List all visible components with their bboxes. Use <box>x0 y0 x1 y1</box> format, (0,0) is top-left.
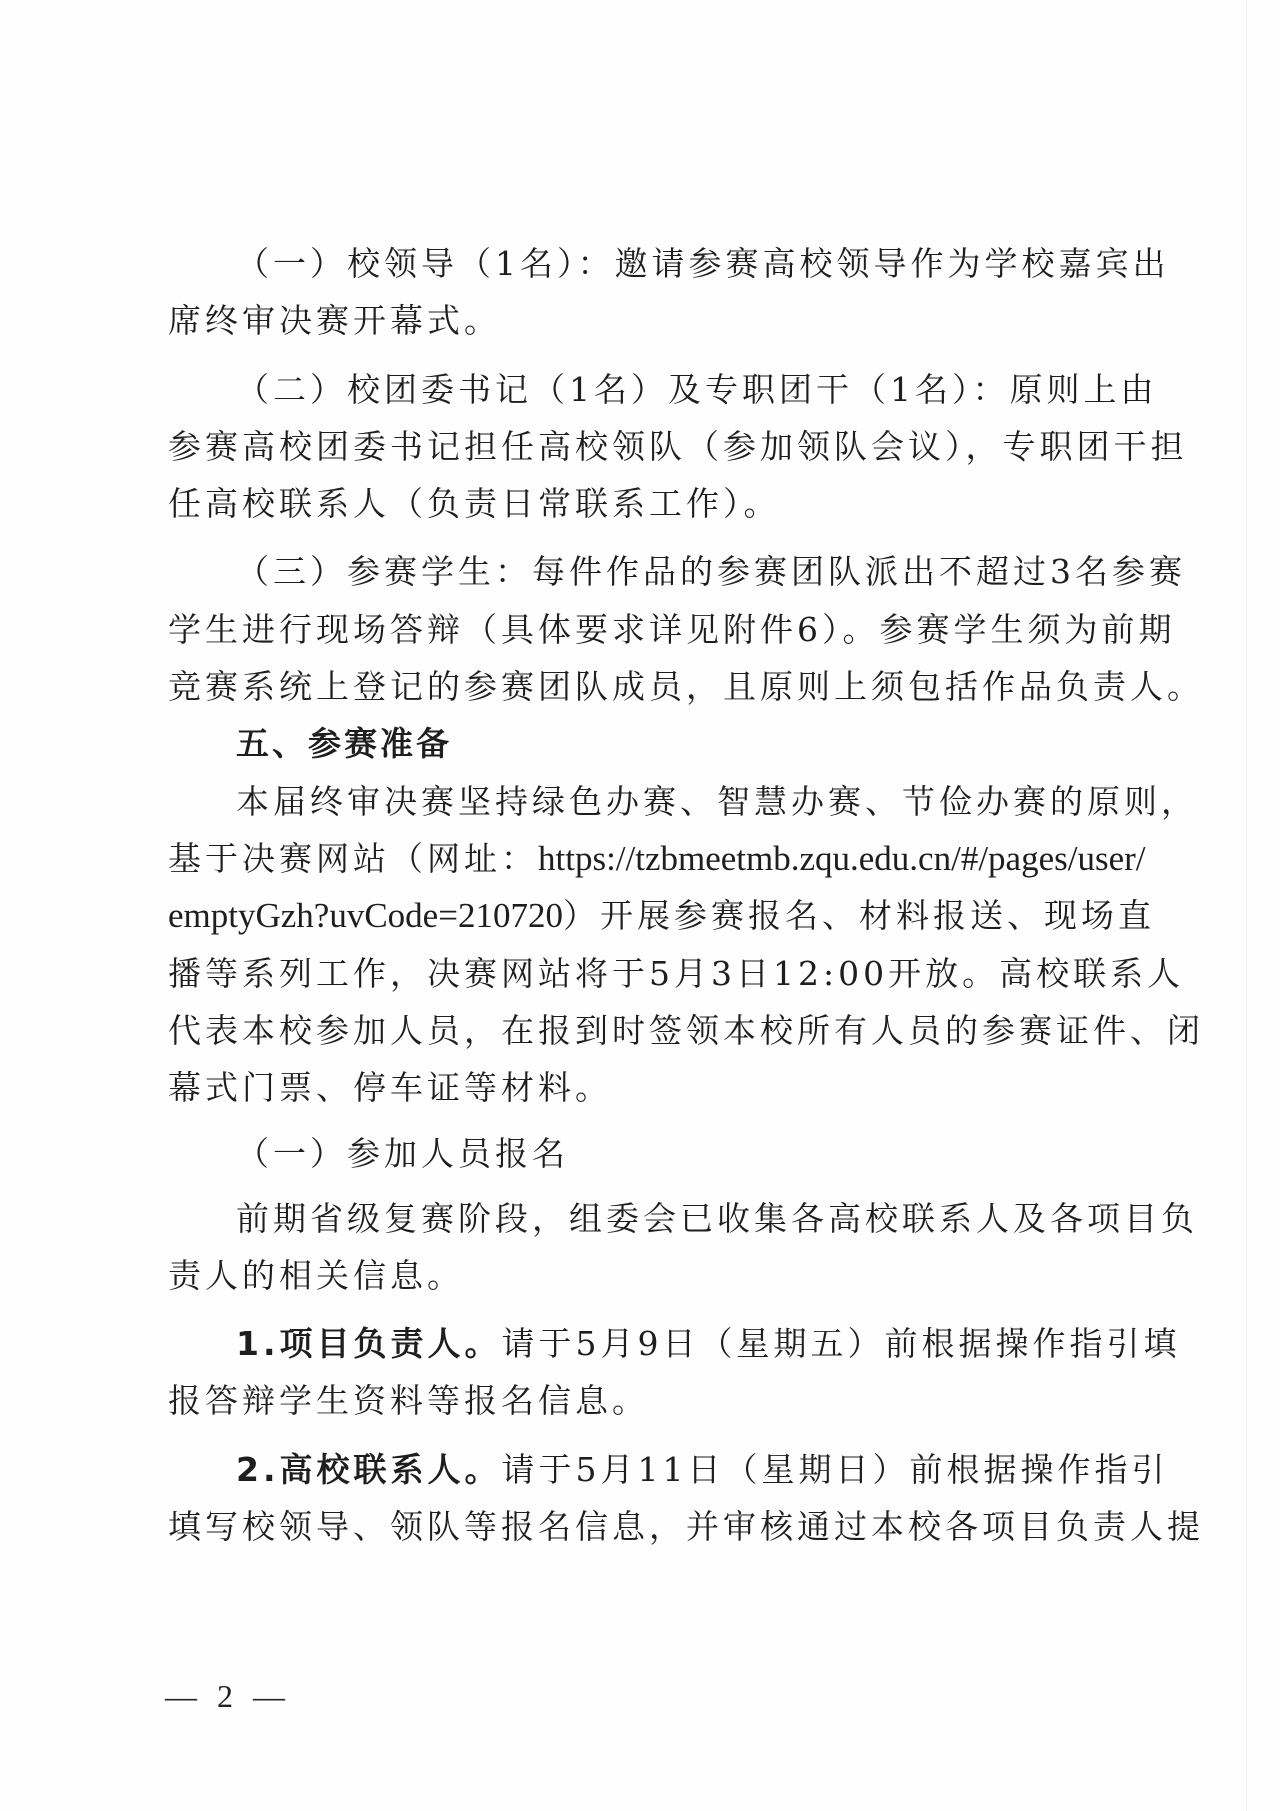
paragraph-league-secretary-line-1: （二）校团委书记（1名）及专职团干（1名）：原则上由 <box>236 370 1158 410</box>
project-leader-label: 1.项目负责人。 <box>236 1324 502 1363</box>
paragraph-preparation-line-5: 代表本校参加人员，在报到时签领本校所有人员的参赛证件、闭 <box>168 1011 1204 1051</box>
paragraph-registration-line-1: 前期省级复赛阶段，组委会已收集各高校联系人及各项目负 <box>236 1199 1198 1239</box>
page-number: — 2 — <box>165 1678 291 1715</box>
project-leader-text: 请于5月9日（星期五）前根据操作指引填 <box>502 1324 1181 1363</box>
paragraph-preparation-line-4: 播等系列工作，决赛网站将于5月3日12:00开放。高校联系人 <box>168 954 1184 994</box>
url-label: 基于决赛网站（网址： <box>168 839 538 878</box>
paragraph-school-leader-line-1: （一）校领导（1名）：邀请参赛高校领导作为学校嘉宾出 <box>236 244 1170 284</box>
competition-url-part-2: emptyGzh?uvCode=210720 <box>168 896 563 935</box>
paragraph-school-leader-line-2: 席终审决赛开幕式。 <box>168 301 501 341</box>
paragraph-league-secretary-line-3: 任高校联系人（负责日常联系工作）。 <box>168 484 781 524</box>
subsection-heading-registration: （一）参加人员报名 <box>236 1134 569 1174</box>
paragraph-students-line-3: 竞赛系统上登记的参赛团队成员，且原则上须包括作品负责人。 <box>168 667 1204 707</box>
school-contact-label: 2.高校联系人。 <box>236 1450 502 1489</box>
paragraph-preparation-line-3: emptyGzh?uvCode=210720）开展参赛报名、材料报送、现场直 <box>168 896 1155 936</box>
paragraph-project-leader-line-2: 报答辩学生资料等报名信息。 <box>168 1381 649 1421</box>
school-contact-text: 请于5月11日（星期日）前根据操作指引 <box>502 1450 1169 1489</box>
paragraph-students-line-2: 学生进行现场答辩（具体要求详见附件6）。参赛学生须为前期 <box>168 610 1176 650</box>
paragraph-league-secretary-line-2: 参赛高校团委书记担任高校领队（参加领队会议），专职团干担 <box>168 427 1188 467</box>
paragraph-school-contact-line-1: 2.高校联系人。请于5月11日（星期日）前根据操作指引 <box>236 1450 1169 1490</box>
paragraph-preparation-line-1: 本届终审决赛坚持绿色办赛、智慧办赛、节俭办赛的原则， <box>236 782 1198 822</box>
document-page: （一）校领导（1名）：邀请参赛高校领导作为学校嘉宾出 席终审决赛开幕式。 （二）… <box>0 0 1280 1811</box>
paragraph-project-leader-line-1: 1.项目负责人。请于5月9日（星期五）前根据操作指引填 <box>236 1324 1181 1364</box>
section-heading-preparation: 五、参赛准备 <box>236 724 452 764</box>
competition-url-part-1: https://tzbmeetmb.zqu.edu.cn/#/pages/use… <box>538 839 1146 878</box>
preparation-line-3-text: ）开展参赛报名、材料报送、现场直 <box>563 896 1155 935</box>
scan-edge-line <box>1246 0 1247 1811</box>
paragraph-preparation-line-2: 基于决赛网站（网址：https://tzbmeetmb.zqu.edu.cn/#… <box>168 839 1146 879</box>
paragraph-students-line-1: （三）参赛学生：每件作品的参赛团队派出不超过3名参赛 <box>236 552 1186 592</box>
paragraph-school-contact-line-2: 填写校领导、领队等报名信息，并审核通过本校各项目负责人提 <box>168 1507 1204 1547</box>
paragraph-registration-line-2: 责人的相关信息。 <box>168 1256 464 1296</box>
paragraph-preparation-line-6: 幕式门票、停车证等材料。 <box>168 1068 612 1108</box>
